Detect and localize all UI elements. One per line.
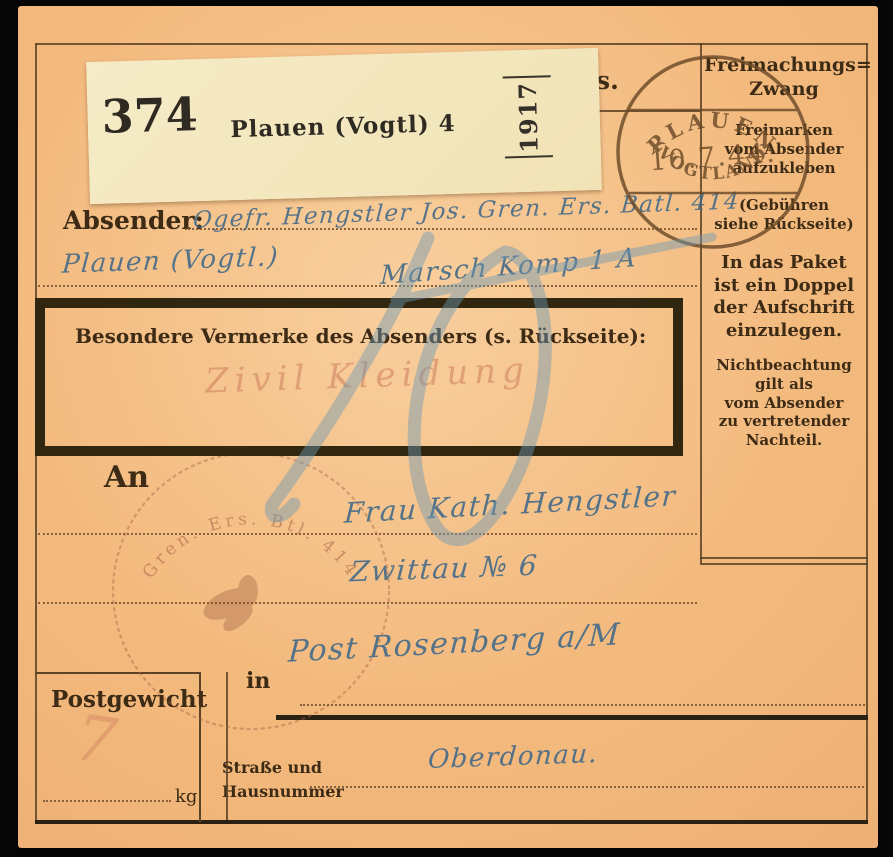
vermerke-handwriting: Zivil Kleidung	[204, 350, 530, 401]
eagle-emblem	[199, 575, 258, 636]
label-vertical-number-box: 1917	[503, 75, 553, 158]
vermerke-box: Besondere Vermerke des Absenders (s. Rüc…	[35, 298, 683, 456]
franking-block-warning: Nichtbeachtung gilt als vom Absender zu …	[704, 356, 864, 450]
postgewicht-dotted-line	[43, 800, 171, 802]
svg-text:Gren. Ers. Btl. 414: Gren. Ers. Btl. 414	[139, 509, 363, 582]
unit-stamp-text: Gren. Ers. Btl. 414	[139, 509, 363, 582]
parcel-card: Freimachungs= Zwang Freimarken vom Absen…	[18, 6, 878, 848]
column-bottom-line-2	[700, 563, 868, 565]
top-frame-line	[35, 43, 868, 45]
recipient-town-handwriting: Zwittau № 6	[349, 549, 539, 589]
label-vertical-number: 1917	[512, 81, 543, 153]
street-label: Straße und Hausnummer	[222, 756, 344, 804]
franking-block-duplicate: In das Paket ist ein Doppel der Aufschri…	[704, 252, 864, 342]
scan-background: Freimachungs= Zwang Freimarken vom Absen…	[0, 0, 893, 857]
street-handwriting: Oberdonau.	[427, 739, 599, 775]
absender-label: Absender:	[63, 206, 204, 235]
absender-handwriting-line2b: Marsch Komp 1 A	[380, 243, 638, 291]
paste-label: 374 Plauen (Vogtl) 4 1917	[86, 48, 602, 204]
postmark-stamp: PLAUEN (VOGTLAND) 10.7.44.	[612, 51, 814, 253]
absender-handwriting-line2: Plauen (Vogtl.)	[61, 242, 280, 280]
label-office: Plauen (Vogtl) 4	[228, 110, 459, 143]
absender-dotted-line-2	[38, 285, 697, 287]
kg-unit: kg	[175, 786, 197, 807]
column-bottom-line-1	[700, 557, 868, 559]
unit-stamp: Gren. Ers. Btl. 414	[106, 446, 396, 736]
street-dotted-line	[310, 786, 868, 788]
vermerke-label: Besondere Vermerke des Absenders (s. Rüc…	[75, 324, 646, 348]
label-number: 374	[101, 87, 199, 144]
